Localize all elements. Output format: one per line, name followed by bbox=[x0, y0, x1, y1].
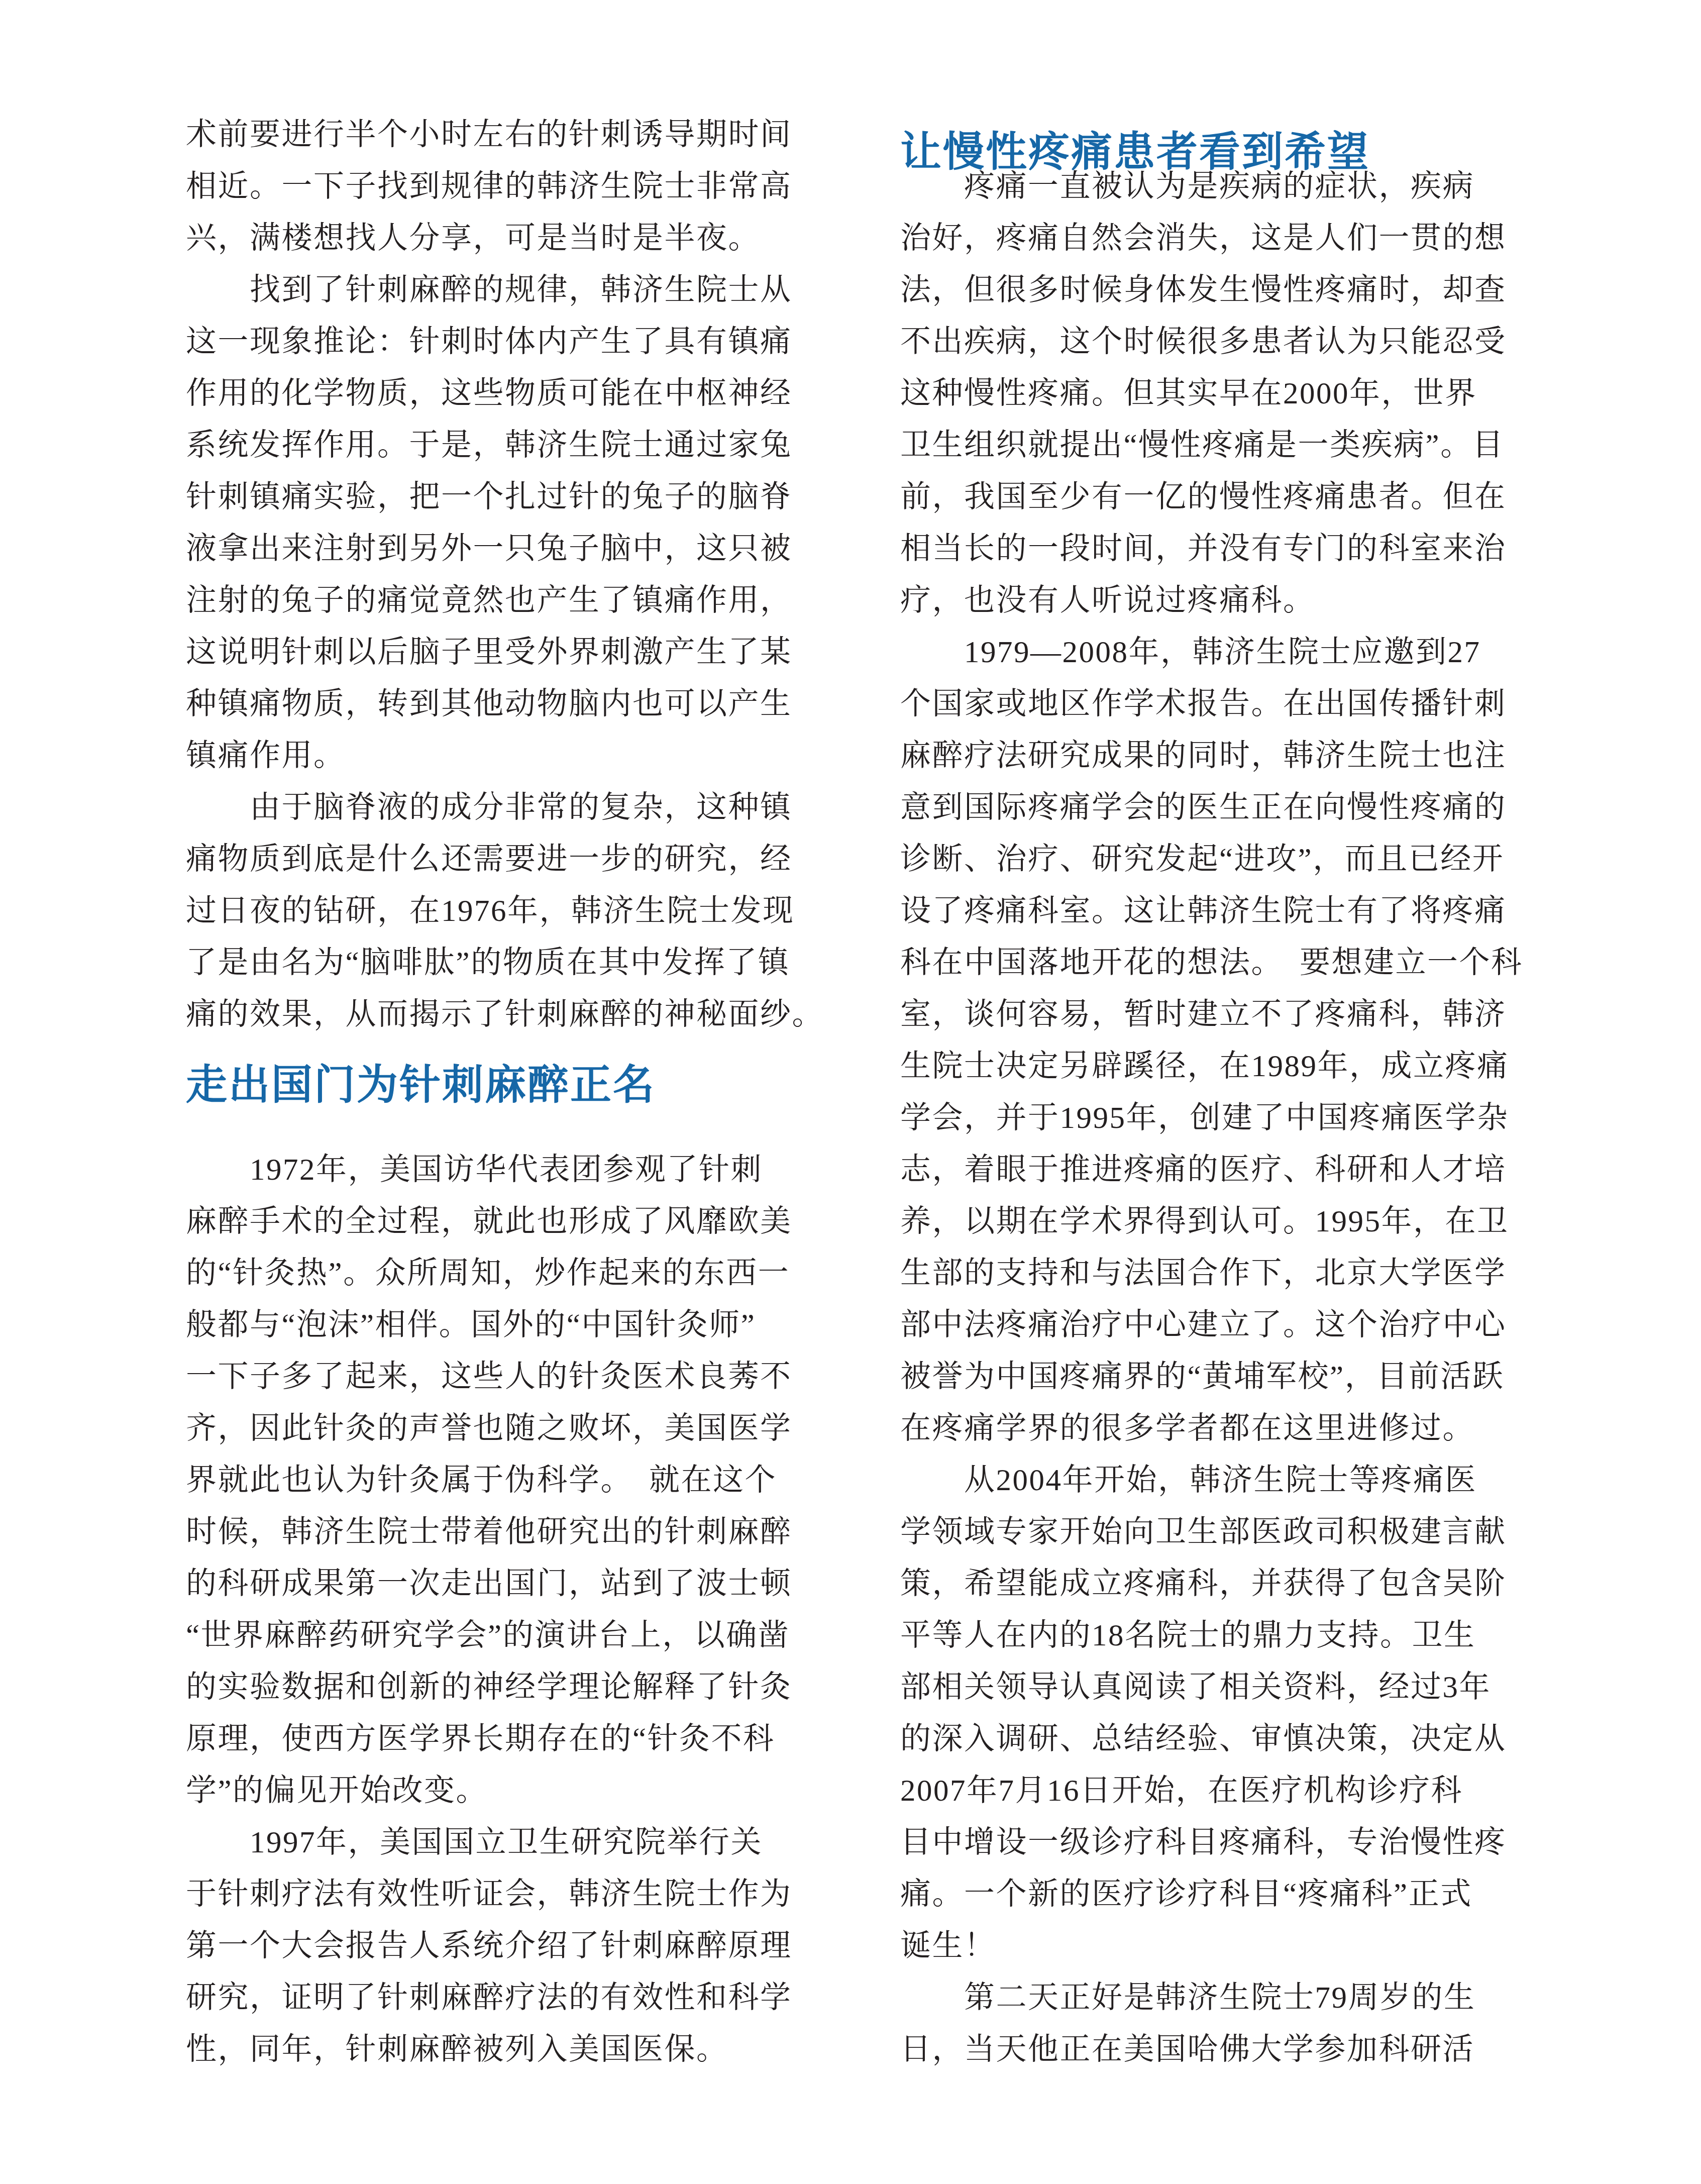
left-column-paragraphs-1: 术前要进行半个小时左右的针刺诱导期时间 相近。一下子找到规律的韩济生院士非常高 … bbox=[186, 109, 836, 1041]
right-column-paragraphs: 疼痛一直被认为是疾病的症状，疾病 治好，疼痛自然会消失，这是人们一贯的想 法，但… bbox=[900, 161, 1556, 2075]
left-column-paragraphs-2: 1972年，美国访华代表团参观了针刺 麻醉手术的全过程，就此也形成了风靡欧美 的… bbox=[186, 1144, 836, 2075]
section-heading-acupuncture-abroad: 走出国门为针刺麻醉正名 bbox=[186, 1063, 656, 1108]
magazine-article-page: 术前要进行半个小时左右的针刺诱导期时间 相近。一下子找到规律的韩济生院士非常高 … bbox=[0, 0, 1701, 2184]
